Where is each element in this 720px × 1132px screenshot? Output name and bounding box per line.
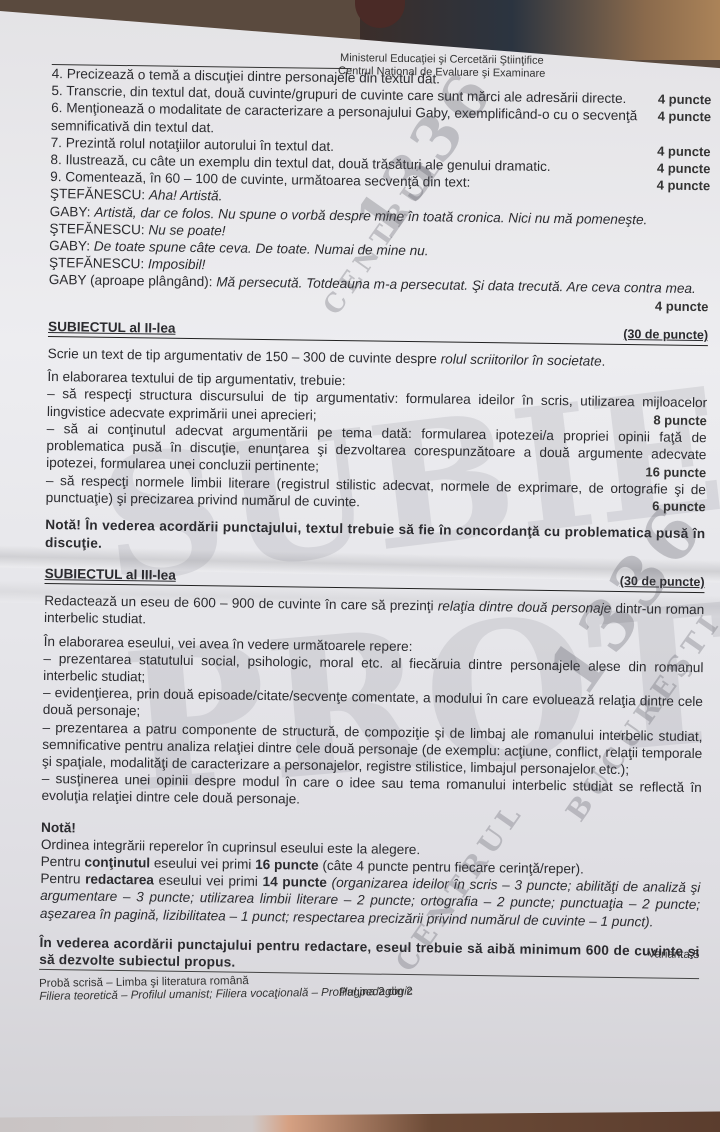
task-topic: relaţia dintre două personaje [438, 599, 612, 616]
note-points: 14 puncte [262, 874, 327, 890]
note-text: eseului vei primi [150, 855, 255, 871]
question-points: 4 puncte [657, 108, 711, 143]
note-points: 16 puncte [255, 857, 319, 873]
subject2-criteria: – să respecţi structura discursului de t… [46, 385, 708, 515]
task-suffix: . [601, 354, 605, 369]
dialogue-excerpt: ŞTEFĂNESCU: Aha! Artistă.GABY: Artistă, … [49, 185, 710, 297]
subject3-task: Redactează un eseu de 600 – 900 de cuvin… [44, 592, 704, 636]
note-text: Pentru [41, 854, 85, 870]
question-points: 4 puncte [658, 91, 712, 109]
page-footer: Probă scrisă – Limba şi literatura român… [39, 969, 699, 1004]
speaker: ŞTEFĂNESCU: [49, 221, 144, 237]
speaker: ŞTEFĂNESCU: [50, 186, 145, 202]
subject3-criteria: – prezentarea statutului social, psiholo… [41, 650, 703, 814]
subject3-title: SUBIECTUL al III-lea [45, 565, 176, 584]
question-points: 4 puncte [657, 159, 711, 177]
task-topic: rolul scriitorilor în societate [441, 352, 602, 369]
speech: Nu se poate! [148, 222, 225, 238]
essay-guideline: – prezentarea a patru componente de stru… [42, 718, 703, 779]
task-text: Scrie un text de tip argumentativ de 150… [48, 346, 441, 366]
subject2-title: SUBIECTUL al II-lea [48, 318, 176, 337]
speaker: GABY: [50, 204, 91, 220]
speech: Imposibil! [148, 257, 206, 273]
subject2-header: SUBIECTUL al II-lea (30 de puncte) [48, 318, 708, 346]
subject2-task: Scrie un text de tip argumentativ de 150… [48, 345, 708, 371]
note-bold: redactarea [85, 872, 154, 888]
speaker: ŞTEFĂNESCU: [49, 255, 144, 271]
speech: Aha! Artistă. [149, 188, 223, 204]
subject2-points: (30 de puncte) [623, 326, 708, 344]
question-points: 4 puncte [657, 142, 711, 160]
subject3-note-redactare: Pentru redactarea eseului vei primi 14 p… [40, 870, 701, 931]
criterion-item: – să ai conţinutul adecvat argumentării … [46, 420, 707, 481]
subject3-points: (30 de puncte) [620, 573, 705, 591]
subject1-questions: 4. Precizează o temă a discuţiei dintre … [50, 65, 712, 195]
note-bold: conţinutul [84, 854, 150, 870]
note-text: Pentru [40, 871, 85, 887]
note-text: eseului vei primi [154, 873, 263, 890]
question-points: 4 puncte [657, 177, 711, 195]
subject2-note: Notă! În vederea acordării punctajului, … [45, 516, 705, 560]
subject3-header: SUBIECTUL al III-lea (30 de puncte) [45, 565, 705, 593]
exam-content: Ministerul Educaţiei şi Cercetării Ştiin… [39, 48, 712, 1013]
speaker: GABY (aproape plângând): [49, 272, 213, 289]
speaker: GABY: [49, 238, 90, 254]
